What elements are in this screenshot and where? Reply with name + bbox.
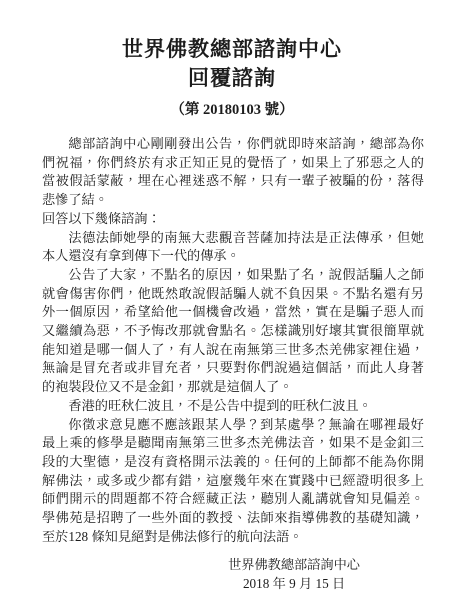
paragraph-hongkong-rinpoche: 香港的旺秋仁波且，不是公告中提到的旺秋仁波且。 (42, 397, 424, 416)
signature-block: 世界佛教總部諮詢中心 2018 年 9 月 15 日 (228, 555, 360, 593)
document-page: 世界佛教總部諮詢中心 回覆諮詢 （第 20180103 號） 總部諮詢中心剛剛發… (0, 0, 464, 600)
document-title: 世界佛教總部諮詢中心 (0, 36, 464, 63)
paragraph-announcement-reason: 公告了大家，不點名的原因，如果點了名，說假話騙人之師就會傷害你們，他既然敢說假話… (42, 266, 424, 397)
paragraph-reply-intro: 回答以下幾條諮詢： (42, 210, 424, 229)
paragraph-study-advice: 你徵求意見應不應該跟某人學？到某處學？無論在哪裡最好最上乘的修學是聽聞南無第三世… (42, 416, 424, 547)
document-number: （第 20180103 號） (0, 101, 464, 119)
paragraph-fade-dharma-master: 法德法師她學的南無大悲觀音菩薩加持法是正法傳承，但她本人還沒有拿到傳下一代的傳承… (42, 229, 424, 266)
signature-name: 世界佛教總部諮詢中心 (228, 555, 360, 574)
signature-date: 2018 年 9 月 15 日 (228, 574, 360, 593)
document-subtitle: 回覆諮詢 (0, 65, 464, 92)
document-body: 總部諮詢中心剛剛發出公告，你們就即時來諮詢，總部為你們祝福，你們終於有求正知正見… (42, 135, 424, 546)
paragraph-opening: 總部諮詢中心剛剛發出公告，你們就即時來諮詢，總部為你們祝福，你們終於有求正知正見… (42, 135, 424, 210)
